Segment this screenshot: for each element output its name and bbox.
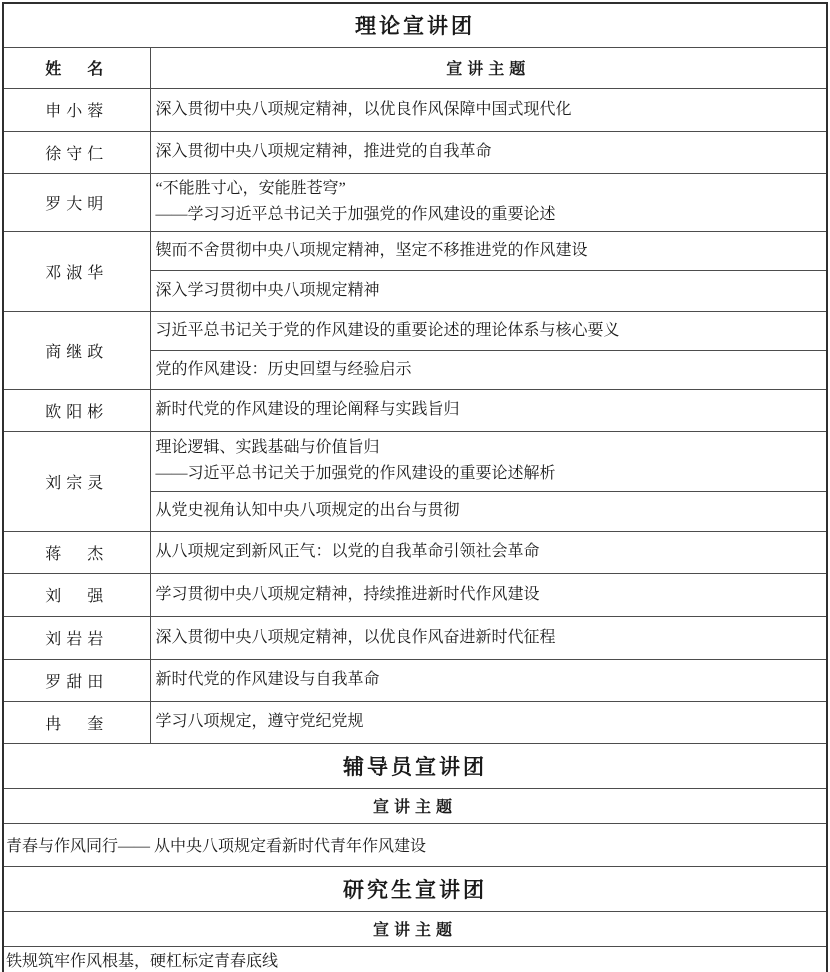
table-row: 姓 名 宣讲主题 xyxy=(3,47,827,88)
table-row: 蒋 杰 从八项规定到新风正气：以党的自我革命引领社会革命 xyxy=(3,531,827,573)
speaker-name: 罗大明 xyxy=(3,173,150,231)
speaker-name: 蒋 杰 xyxy=(3,531,150,573)
table-row: 刘 强 学习贯彻中央八项规定精神，持续推进新时代作风建设 xyxy=(3,573,827,616)
speaker-name: 刘宗灵 xyxy=(3,431,150,531)
speaker-name: 冉 奎 xyxy=(3,701,150,743)
table-row: 罗甜田 新时代党的作风建设与自我革命 xyxy=(3,659,827,701)
topic-cell: 从党史视角认知中央八项规定的出台与贯彻 xyxy=(150,491,827,531)
column-header-topic: 宣讲主题 xyxy=(150,47,827,88)
table-row: 青春与作风同行—— 从中央八项规定看新时代青年作风建设 xyxy=(3,823,827,866)
speaker-name: 邓淑华 xyxy=(3,231,150,311)
topic-cell: 新时代党的作风建设与自我革命 xyxy=(150,659,827,701)
topic-cell: 深入学习贯彻中央八项规定精神 xyxy=(150,270,827,311)
speaker-name: 刘 强 xyxy=(3,573,150,616)
topic-cell: “不能胜寸心，安能胜苍穹” ——学习习近平总书记关于加强党的作风建设的重要论述 xyxy=(150,173,827,231)
column-header-topic: 宣讲主题 xyxy=(3,911,827,946)
topic-cell: 学习八项规定，遵守党纪党规 xyxy=(150,701,827,743)
table-row: 宣讲主题 xyxy=(3,911,827,946)
speaker-name: 欧阳彬 xyxy=(3,389,150,431)
topic-cell: 青春与作风同行—— 从中央八项规定看新时代青年作风建设 xyxy=(3,823,827,866)
topic-cell: 习近平总书记关于党的作风建设的重要论述的理论体系与核心要义 xyxy=(150,311,827,350)
topic-cell: 学习贯彻中央八项规定精神，持续推进新时代作风建设 xyxy=(150,573,827,616)
speaker-name: 刘岩岩 xyxy=(3,616,150,659)
topic-cell: 深入贯彻中央八项规定精神，以优良作风保障中国式现代化 xyxy=(150,88,827,131)
table-row: 冉 奎 学习八项规定，遵守党纪党规 xyxy=(3,701,827,743)
topic-cell: 理论逻辑、实践基础与价值旨归 ——习近平总书记关于加强党的作风建设的重要论述解析 xyxy=(150,431,827,491)
table-row: 邓淑华 锲而不舍贯彻中央八项规定精神，坚定不移推进党的作风建设 xyxy=(3,231,827,270)
document-table: 理论宣讲团 姓 名 宣讲主题 申小蓉 深入贯彻中央八项规定精神，以优良作风保障中… xyxy=(2,2,828,972)
table-row: 徐守仁 深入贯彻中央八项规定精神，推进党的自我革命 xyxy=(3,131,827,173)
table-row: 罗大明 “不能胜寸心，安能胜苍穹” ——学习习近平总书记关于加强党的作风建设的重… xyxy=(3,173,827,231)
speaker-name: 罗甜田 xyxy=(3,659,150,701)
topic-cell: 铁规筑牢作风根基，硬杠标定青春底线 xyxy=(3,946,827,972)
speaker-name: 徐守仁 xyxy=(3,131,150,173)
column-header-name: 姓 名 xyxy=(3,47,150,88)
section-title-counselor: 辅导员宣讲团 xyxy=(3,743,827,788)
table-row: 刘宗灵 理论逻辑、实践基础与价值旨归 ——习近平总书记关于加强党的作风建设的重要… xyxy=(3,431,827,491)
table-row: 宣讲主题 xyxy=(3,788,827,823)
speaker-name: 申小蓉 xyxy=(3,88,150,131)
table-row: 申小蓉 深入贯彻中央八项规定精神，以优良作风保障中国式现代化 xyxy=(3,88,827,131)
topic-cell: 从八项规定到新风正气：以党的自我革命引领社会革命 xyxy=(150,531,827,573)
table-row: 刘岩岩 深入贯彻中央八项规定精神，以优良作风奋进新时代征程 xyxy=(3,616,827,659)
topic-cell: 新时代党的作风建设的理论阐释与实践旨归 xyxy=(150,389,827,431)
table-row: 欧阳彬 新时代党的作风建设的理论阐释与实践旨归 xyxy=(3,389,827,431)
table-row: 商继政 习近平总书记关于党的作风建设的重要论述的理论体系与核心要义 xyxy=(3,311,827,350)
section-title-graduate: 研究生宣讲团 xyxy=(3,866,827,911)
section-title-theory: 理论宣讲团 xyxy=(3,3,827,47)
topic-cell: 深入贯彻中央八项规定精神，推进党的自我革命 xyxy=(150,131,827,173)
topic-cell: 锲而不舍贯彻中央八项规定精神，坚定不移推进党的作风建设 xyxy=(150,231,827,270)
table-row: 铁规筑牢作风根基，硬杠标定青春底线 xyxy=(3,946,827,972)
table-row: 研究生宣讲团 xyxy=(3,866,827,911)
speaker-name: 商继政 xyxy=(3,311,150,389)
topic-cell: 深入贯彻中央八项规定精神，以优良作风奋进新时代征程 xyxy=(150,616,827,659)
table-row: 理论宣讲团 xyxy=(3,3,827,47)
topic-cell: 党的作风建设：历史回望与经验启示 xyxy=(150,350,827,389)
column-header-topic: 宣讲主题 xyxy=(3,788,827,823)
table-row: 辅导员宣讲团 xyxy=(3,743,827,788)
